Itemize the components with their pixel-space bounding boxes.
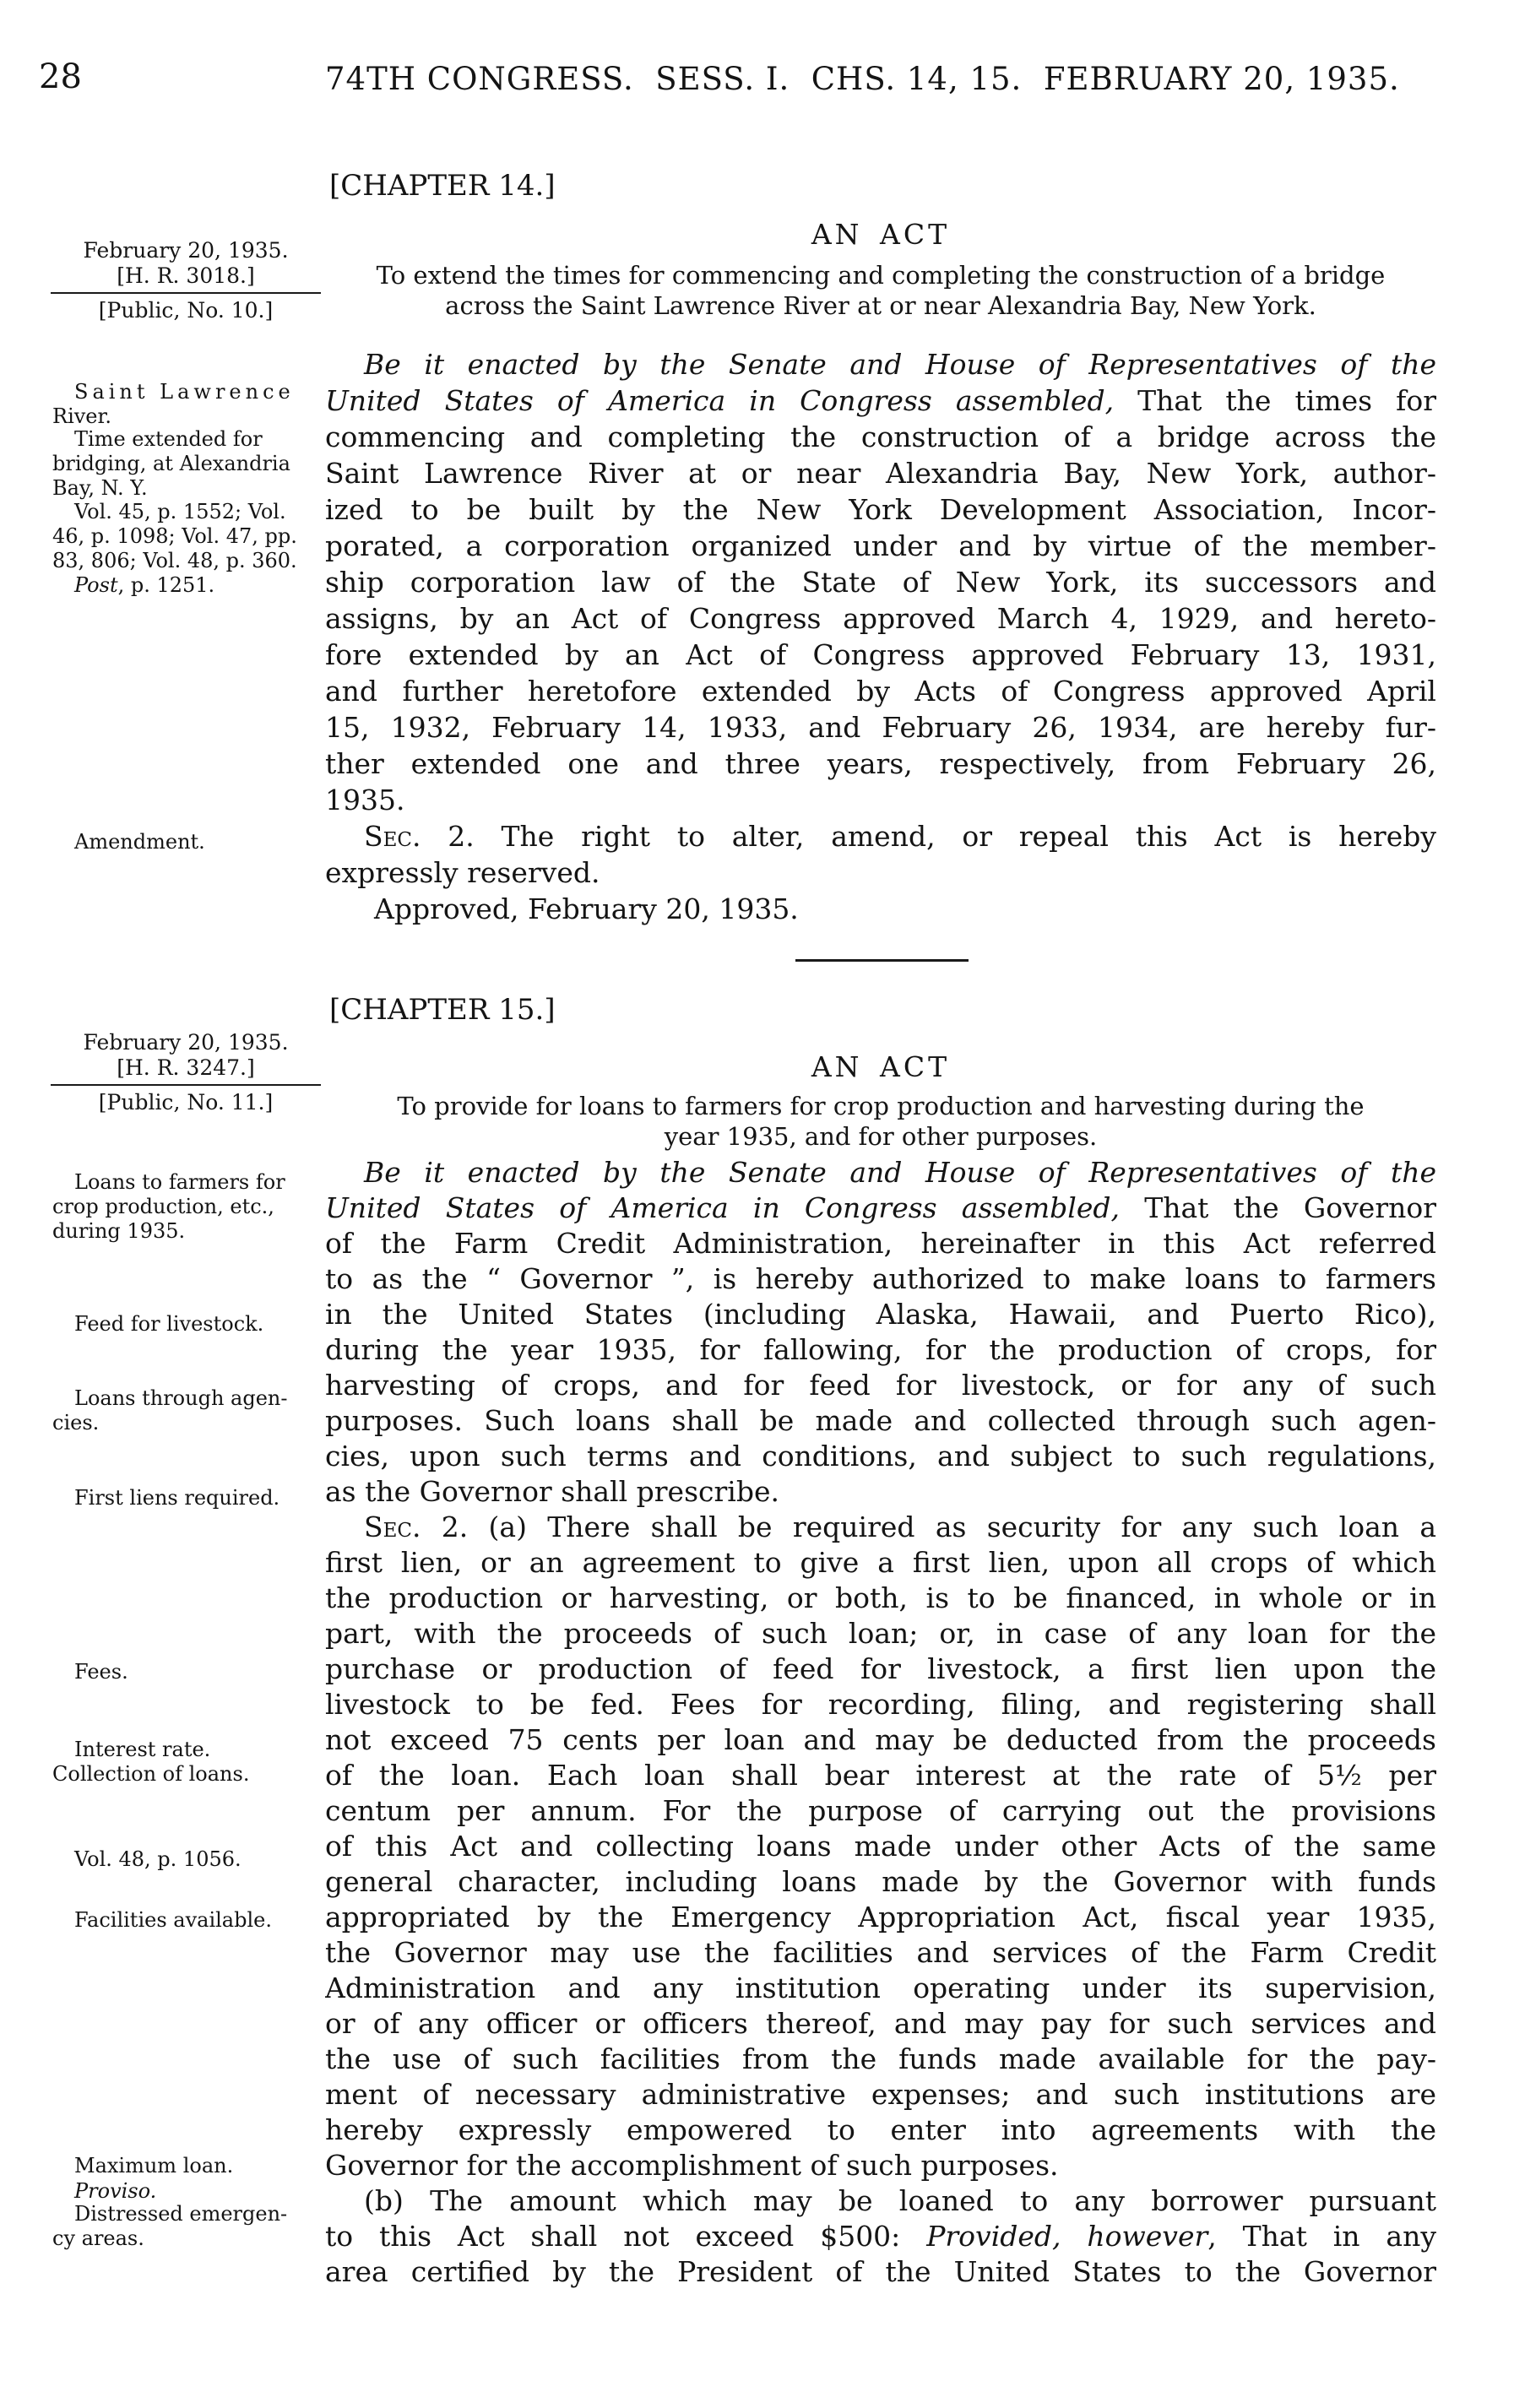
body-line: United States of America in Congress ass… [325,1190,1436,1226]
chapter-14-act-title: To extend the times for commencing and c… [325,260,1436,321]
body-line: fore extended by an Act of Congress appr… [325,637,1436,673]
sidenote-line: Saint Lawrence [52,380,323,404]
body-line: 1935. [325,782,1436,818]
body-line: Saint Lawrence River at or near Alexandr… [325,455,1436,491]
sidenote-line: Interest rate. [52,1738,323,1762]
body-line: commencing and completing the constructi… [325,419,1436,455]
sidenote-bill: [H. R. 3247.] [51,1055,321,1081]
body-line: hereby expressly empowered to enter into… [325,2112,1436,2148]
body-line: Governor for the accomplishment of such … [325,2148,1436,2183]
act-title-line: To provide for loans to farmers for crop… [325,1091,1436,1121]
body-line: during the year 1935, for fallowing, for… [325,1332,1436,1368]
sidenote-maximum-loan: Maximum loan. [52,2154,323,2178]
sidenote-upper: February 20, 1935. [H. R. 3247.] [51,1030,321,1086]
section-label: Sec. [364,1510,421,1543]
body-line: centum per annum. For the purpose of car… [325,1793,1436,1829]
chapter-15-label: [CHAPTER 15.] [329,993,556,1027]
post-rest: , p. 1251. [118,573,215,597]
chapter-14-label: [CHAPTER 14.] [329,169,556,203]
body-line: or of any officer or officers thereof, a… [325,2006,1436,2042]
sidenote-line: Loans to farmers for [52,1170,323,1195]
body-line: not exceed 75 cents per loan and may be … [325,1722,1436,1758]
body-line: harvesting of crops, and for feed for li… [325,1368,1436,1403]
body-line: part, with the proceeds of such loan; or… [325,1616,1436,1651]
sidenote-proviso: Proviso. [52,2179,323,2204]
an-act-heading: AN ACT [325,218,1436,251]
sidenote-post-citation: Post, p. 1251. [52,573,323,598]
chapter-15-an-act: AN ACT [325,1050,1436,1083]
sidenote-date: February 20, 1935. [51,1030,321,1055]
body-line: and further heretofore extended by Acts … [325,673,1436,709]
sidenote-facilities-available: Facilities available. [52,1908,323,1933]
body-text: That the times for [1114,384,1436,417]
sidenote-line: 83, 806; Vol. 48, p. 360. [52,549,323,573]
statute-page: 28 74TH CONGRESS. SESS. I. CHS. 14, 15. … [0,0,1514,2408]
sidenote-line: Bay, N. Y. [52,476,323,501]
chapter-15-act-title: To provide for loans to farmers for crop… [325,1091,1436,1152]
sidenote-first-liens: First liens required. [52,1486,323,1510]
sidenote-line: cies. [52,1411,323,1435]
sidenote-public-number: [Public, No. 11.] [51,1086,321,1115]
sidenote-loans-through-agencies: Loans through agen- cies. [52,1386,323,1435]
running-head: 74TH CONGRESS. SESS. I. CHS. 14, 15. FEB… [325,61,1381,97]
body-line: the use of such facilities from the fund… [325,2042,1436,2077]
an-act-heading: AN ACT [325,1050,1436,1083]
body-line: 15, 1932, February 14, 1933, and Februar… [325,709,1436,746]
sidenote-line: Distressed emergen- [52,2202,323,2226]
body-line: first lien, or an agreement to give a fi… [325,1545,1436,1581]
body-line: ment of necessary administrative expense… [325,2077,1436,2112]
body-line: to this Act shall not exceed $500: Provi… [325,2219,1436,2254]
sidenote-line: Amendment. [52,830,323,854]
body-line: general character, including loans made … [325,1864,1436,1900]
sidenote-group-ch14: February 20, 1935. [H. R. 3018.] [Public… [51,238,321,323]
body-line: Administration and any institution opera… [325,1971,1436,2006]
sidenote-distressed-areas: Distressed emergen- cy areas. [52,2202,323,2251]
sidenote-line: Time extended for [52,427,323,452]
sidenote-line: Facilities available. [52,1908,323,1933]
body-line: in the United States (including Alaska, … [325,1297,1436,1332]
proviso-italic: Provided, however [926,2220,1207,2253]
body-text: That the Governor [1120,1191,1436,1224]
chapter-15-body: Be it enacted by the Senate and House of… [325,1155,1436,2290]
body-line: cies, upon such terms and conditions, an… [325,1439,1436,1474]
act-title-line: across the Saint Lawrence River at or ne… [325,290,1436,321]
body-line: United States of America in Congress ass… [325,382,1436,419]
sidenote-line: Post, p. 1251. [52,573,323,598]
sidenote-fees: Fees. [52,1660,323,1684]
body-line-section-2: Sec. 2. (a) There shall be required as s… [325,1510,1436,1545]
body-line: assigns, by an Act of Congress approved … [325,600,1436,637]
sidenote-line: crop production, etc., [52,1195,323,1219]
sidenote-feed-for-livestock: Feed for livestock. [52,1312,323,1337]
sidenote-amendment: Amendment. [52,830,323,854]
post-italic: Post [74,573,118,597]
sidenote-bill: [H. R. 3018.] [51,263,321,289]
chapter-divider-rule [795,959,969,962]
enacting-clause-italic: Be it enacted by the Senate and House of… [364,348,1436,381]
body-line: livestock to be fed. Fees for recording,… [325,1687,1436,1722]
chapter-14-body: Be it enacted by the Senate and House of… [325,346,1436,927]
body-line-section-2: Sec. 2. The right to alter, amend, or re… [325,818,1436,854]
sidenote-line: cy areas. [52,2226,323,2251]
body-line: purchase or production of feed for lives… [325,1651,1436,1687]
sidenote-date: February 20, 1935. [51,238,321,263]
body-line: the Governor may use the facilities and … [325,1935,1436,1971]
chapter-14-an-act: AN ACT [325,218,1436,251]
sidenote-line: First liens required. [52,1486,323,1510]
sidenote-line: bridging, at Alexandria [52,452,323,476]
sidenote-line: 46, p. 1098; Vol. 47, pp. [52,524,323,549]
sidenote-line: Fees. [52,1660,323,1684]
sidenote-line: Collection of loans. [52,1762,323,1787]
sidenote-interest-rate: Interest rate. Collection of loans. [52,1738,323,1787]
sidenote-line: Loans through agen- [52,1386,323,1411]
body-text: to this Act shall not exceed $500: [325,2220,926,2253]
body-line: porated, a corporation organized under a… [325,528,1436,564]
body-line: appropriated by the Emergency Appropriat… [325,1900,1436,1935]
act-title-line: To extend the times for commencing and c… [325,260,1436,290]
body-text: , That in any [1207,2220,1436,2253]
body-line: ther extended one and three years, respe… [325,746,1436,782]
body-line: expressly reserved. [325,854,1436,891]
sidenote-public-number: [Public, No. 10.] [51,294,321,323]
body-line: the production or harvesting, or both, i… [325,1581,1436,1616]
body-line: Be it enacted by the Senate and House of… [325,346,1436,382]
enacting-clause-italic: Be it enacted by the Senate and House of… [364,1156,1436,1189]
sidenote-line: Vol. 45, p. 1552; Vol. [52,500,323,524]
page-number: 28 [39,57,82,96]
sidenote-line: during 1935. [52,1219,323,1244]
act-title-line: year 1935, and for other purposes. [325,1121,1436,1152]
body-line: ship corporation law of the State of New… [325,564,1436,600]
body-line: area certified by the President of the U… [325,2254,1436,2290]
sidenote-line: Feed for livestock. [52,1312,323,1337]
body-text: 2. The right to alter, amend, or repeal … [421,820,1436,853]
enacting-clause-italic: United States of America in Congress ass… [325,384,1114,417]
body-line: of the Farm Credit Administration, herei… [325,1226,1436,1261]
sidenote-time-extended: Time extended for bridging, at Alexandri… [52,427,323,501]
body-text: 2. (a) There shall be required as securi… [421,1510,1436,1543]
sidenote-line: Vol. 48, p. 1056. [52,1847,323,1872]
sidenote-line: Maximum loan. [52,2154,323,2178]
sidenote-upper: February 20, 1935. [H. R. 3018.] [51,238,321,294]
sidenote-vol-48: Vol. 48, p. 1056. [52,1847,323,1872]
sidenote-group-ch15: February 20, 1935. [H. R. 3247.] [Public… [51,1030,321,1115]
body-line: ized to be built by the New York Develop… [325,491,1436,528]
sidenote-line: River. [52,404,323,429]
enacting-clause-italic: United States of America in Congress ass… [325,1191,1120,1224]
body-line: of this Act and collecting loans made un… [325,1829,1436,1864]
sidenote-loans-to-farmers: Loans to farmers for crop production, et… [52,1170,323,1244]
sidenote-saint-lawrence: Saint Lawrence River. [52,380,323,429]
sidenote-line: Proviso. [52,2179,323,2204]
approved-line: Approved, February 20, 1935. [325,891,1436,927]
body-line: purposes. Such loans shall be made and c… [325,1403,1436,1439]
body-line: to as the “ Governor ”, is hereby author… [325,1261,1436,1297]
sidenote-volume-citations: Vol. 45, p. 1552; Vol. 46, p. 1098; Vol.… [52,500,323,573]
body-line: of the loan. Each loan shall bear intere… [325,1758,1436,1793]
section-label: Sec. [364,820,421,853]
body-line: as the Governor shall prescribe. [325,1474,1436,1510]
body-line-subsection-b: (b) The amount which may be loaned to an… [325,2183,1436,2219]
body-line: Be it enacted by the Senate and House of… [325,1155,1436,1190]
